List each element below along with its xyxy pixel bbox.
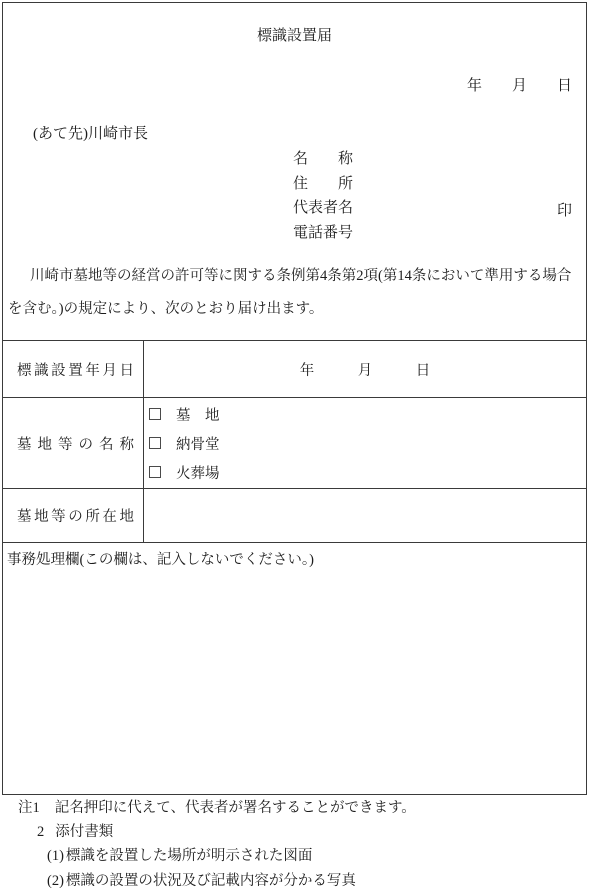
note-number: 注1	[18, 796, 40, 820]
table-row: 標識設置年月日 年 月 日	[3, 340, 586, 397]
facility-option-crematorium[interactable]: 火葬場	[149, 462, 220, 483]
form-table: 標識設置年月日 年 月 日 墓地等の名称 墓 地 納骨堂 火葬場	[3, 340, 586, 792]
facility-location-field[interactable]	[144, 489, 586, 542]
applicant-address-label: 住 所	[293, 172, 353, 197]
admin-processing-label: 事務処理欄(この欄は、記入しないでください。)	[7, 552, 314, 568]
submission-date-field[interactable]: 年 月 日	[467, 74, 572, 95]
addressee-line: (あて先)川崎市長	[33, 122, 148, 143]
note-line: 2 添付書類	[0, 820, 591, 844]
seal-mark: 印	[557, 199, 572, 220]
note-number: (2)	[47, 869, 64, 888]
facility-name-label: 墓地等の名称	[3, 398, 144, 488]
applicant-phone-label: 電話番号	[293, 221, 353, 246]
applicant-representative-label: 代表者名	[293, 196, 353, 221]
footer-notes: 注1 記名押印に代えて、代表者が署名することができます。 2 添付書類 (1) …	[0, 796, 591, 888]
facility-options-group: 墓 地 納骨堂 火葬場	[144, 398, 586, 488]
note-number: 2	[37, 820, 44, 844]
installation-date-field[interactable]: 年 月 日	[144, 341, 586, 397]
facility-option-cemetery[interactable]: 墓 地	[149, 404, 220, 425]
cemetery-checkbox-icon[interactable]	[149, 408, 161, 420]
applicant-name-label: 名 称	[293, 147, 353, 172]
note-line: 注1 記名押印に代えて、代表者が署名することができます。	[0, 796, 591, 820]
table-row: 墓地等の名称 墓 地 納骨堂 火葬場	[3, 397, 586, 488]
facility-option-charnel-house[interactable]: 納骨堂	[149, 433, 220, 454]
installation-date-label: 標識設置年月日	[3, 341, 144, 397]
note-line: (1) 標識を設置した場所が明示された図面	[0, 844, 591, 868]
facility-location-label: 墓地等の所在地	[3, 489, 144, 542]
table-row: 墓地等の所在地	[3, 488, 586, 542]
crematorium-checkbox-icon[interactable]	[149, 466, 161, 478]
charnel-house-option-label: 納骨堂	[176, 433, 220, 454]
note-text: 記名押印に代えて、代表者が署名することができます。	[55, 796, 416, 820]
form-title: 標識設置届	[3, 24, 586, 45]
note-text: 標識の設置の状況及び記載内容が分かる写真	[66, 869, 356, 888]
declaration-paragraph: 川崎市墓地等の経営の許可等に関する条例第4条第2項(第14条において準用する場合…	[8, 260, 583, 326]
note-line: (2) 標識の設置の状況及び記載内容が分かる写真	[0, 869, 591, 888]
note-text: 添付書類	[55, 820, 113, 844]
charnel-house-checkbox-icon[interactable]	[149, 437, 161, 449]
admin-processing-area: 事務処理欄(この欄は、記入しないでください。)	[3, 542, 586, 792]
note-text: 標識を設置した場所が明示された図面	[66, 844, 313, 868]
cemetery-option-label: 墓 地	[176, 404, 220, 425]
crematorium-option-label: 火葬場	[176, 462, 220, 483]
applicant-fields-block: 名 称 住 所 代表者名 電話番号	[293, 147, 353, 245]
form-outer-box: 標識設置届 年 月 日 (あて先)川崎市長 名 称 住 所 代表者名 電話番号 …	[2, 2, 587, 795]
note-number: (1)	[47, 844, 64, 868]
